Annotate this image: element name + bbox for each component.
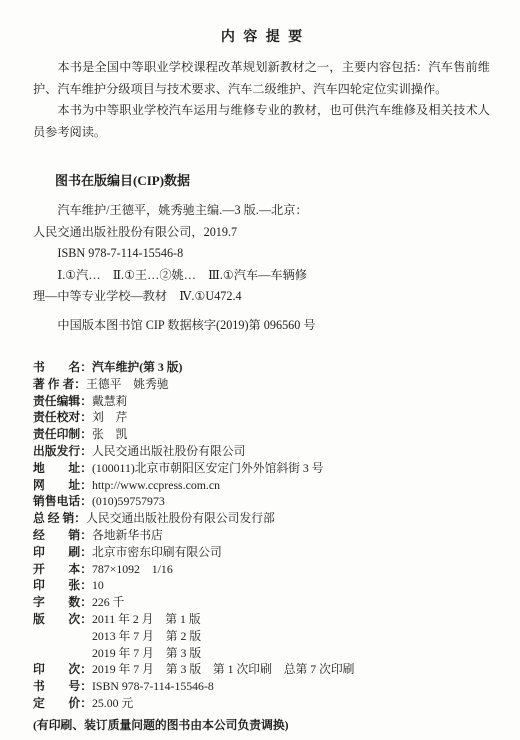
field-label: 字 数： [33, 594, 92, 611]
cip-body: 汽车维护/王德平，姚秀驰主编.—3 版.—北京： 人民交通出版社股份有限公司，2… [33, 200, 490, 336]
cip-title: 图书在版编目(CIP)数据 [55, 170, 490, 189]
colophon-row-retailer: 经 销： 各地新华书店 [33, 527, 490, 544]
field-label: 责任印制： [33, 426, 92, 443]
colophon-row-address: 地 址： (100011)北京市朝阳区安定门外外馆斜街 3 号 [33, 460, 490, 477]
field-value: 226 千 [92, 594, 124, 611]
field-label: 经 销： [33, 527, 92, 544]
field-label: 著 作 者： [33, 376, 86, 393]
field-value: (010)59757973 [92, 493, 165, 510]
colophon-row-isbn: 书 号： ISBN 978-7-114-15546-8 [33, 678, 490, 695]
field-value: 2019 年 7 月 第 3 版 第 1 次印刷 总第 7 次印刷 [92, 661, 354, 678]
cip-line-title-statement: 汽车维护/王德平，姚秀驰主编.—3 版.—北京： [33, 200, 490, 222]
field-value: http://www.ccpress.com.cn [92, 477, 220, 494]
field-value: 人民交通出版社股份有限公司 [92, 443, 245, 460]
field-label: 责任编辑： [33, 393, 92, 410]
colophon-row-printed-sheets: 印 张： 10 [33, 577, 490, 594]
field-label: 印 张： [33, 577, 92, 594]
colophon-row-proofreader: 责任校对： 刘 芹 [33, 409, 490, 426]
field-value: 2011 年 2 月 第 1 版 2013 年 7 月 第 2 版 2019 年… [92, 611, 201, 661]
field-value: 人民交通出版社股份有限公司发行部 [86, 510, 275, 527]
colophon-row-managing-editor: 责任编辑： 戴慧莉 [33, 393, 490, 410]
colophon-row-general-distributor: 总 经 销： 人民交通出版社股份有限公司发行部 [33, 510, 490, 527]
colophon-row-book-title: 书 名： 汽车维护(第 3 版) [33, 359, 490, 376]
field-label: 销售电话： [33, 493, 92, 510]
copyright-page: 内容提要 本书是全国中等职业学校课程改革规划新教材之一，主要内容包括：汽车售前维… [0, 0, 520, 740]
colophon-row-price: 定 价： 25.00 元 [33, 695, 490, 712]
field-label: 书 名： [33, 359, 92, 376]
colophon-row-printer: 印 刷： 北京市密东印刷有限公司 [33, 544, 490, 561]
summary-paragraph: 本书是全国中等职业学校课程改革规划新教材之一，主要内容包括：汽车售前维护、汽车维… [33, 57, 490, 100]
cip-line-isbn: ISBN 978-7-114-15546-8 [33, 243, 490, 265]
field-value: 张 凯 [92, 426, 127, 443]
colophon-row-publisher: 出版发行： 人民交通出版社股份有限公司 [33, 443, 490, 460]
field-value: (100011)北京市朝阳区安定门外外馆斜街 3 号 [92, 460, 324, 477]
field-value: 戴慧莉 [92, 393, 127, 410]
field-value: ISBN 978-7-114-15546-8 [92, 678, 214, 695]
field-value: 10 [92, 577, 104, 594]
field-value: 刘 芹 [92, 409, 127, 426]
colophon-section: 书 名： 汽车维护(第 3 版) 著 作 者： 王德平 姚秀驰 责任编辑： 戴慧… [33, 359, 490, 712]
field-value: 北京市密东印刷有限公司 [92, 544, 222, 561]
field-label: 书 号： [33, 678, 92, 695]
field-label: 网 址： [33, 477, 92, 494]
field-label: 开 本： [33, 561, 92, 578]
colophon-row-word-count: 字 数： 226 千 [33, 594, 490, 611]
field-label: 印 刷： [33, 544, 92, 561]
field-value: 汽车维护(第 3 版) [92, 359, 182, 376]
cip-line-classification-2: 理—中等专业学校—教材 Ⅳ.①U472.4 [33, 286, 490, 308]
summary-paragraph: 本书为中等职业学校汽车运用与维修专业的教材，也可供汽车维修及相关技术人员参考阅读… [33, 100, 490, 143]
cip-line-registration-number: 中国版本图书馆 CIP 数据核字(2019)第 096560 号 [33, 315, 490, 337]
quality-exchange-note: (有印刷、装订质量问题的图书由本公司负责调换) [33, 716, 490, 733]
colophon-row-print-supervisor: 责任印制： 张 凯 [33, 426, 490, 443]
colophon-row-edition: 版 次： 2011 年 2 月 第 1 版 2013 年 7 月 第 2 版 2… [33, 611, 490, 661]
field-label: 定 价： [33, 695, 92, 712]
cip-line-publisher: 人民交通出版社股份有限公司，2019.7 [33, 222, 490, 244]
colophon-row-sales-phone: 销售电话： (010)59757973 [33, 493, 490, 510]
field-value: 787×1092 1/16 [92, 561, 173, 578]
field-value: 各地新华书店 [92, 527, 163, 544]
field-label: 地 址： [33, 460, 92, 477]
summary-section: 本书是全国中等职业学校课程改革规划新教材之一，主要内容包括：汽车售前维护、汽车维… [33, 57, 490, 143]
cip-line-classification-1: Ⅰ.①汽… Ⅱ.①王…②姚… Ⅲ.①汽车—车辆修 [33, 265, 490, 287]
field-value: 王德平 姚秀驰 [86, 376, 169, 393]
colophon-row-format: 开 本： 787×1092 1/16 [33, 561, 490, 578]
cip-section: 图书在版编目(CIP)数据 汽车维护/王德平，姚秀驰主编.—3 版.—北京： 人… [33, 170, 490, 336]
field-label: 版 次： [33, 611, 92, 628]
summary-title: 内容提要 [33, 26, 490, 46]
field-label: 印 次： [33, 661, 92, 678]
field-label: 总 经 销： [33, 510, 86, 527]
colophon-row-impression: 印 次： 2019 年 7 月 第 3 版 第 1 次印刷 总第 7 次印刷 [33, 661, 490, 678]
field-value: 25.00 元 [92, 695, 133, 712]
field-label: 责任校对： [33, 409, 92, 426]
colophon-row-website: 网 址： http://www.ccpress.com.cn [33, 477, 490, 494]
field-label: 出版发行： [33, 443, 92, 460]
colophon-row-authors: 著 作 者： 王德平 姚秀驰 [33, 376, 490, 393]
